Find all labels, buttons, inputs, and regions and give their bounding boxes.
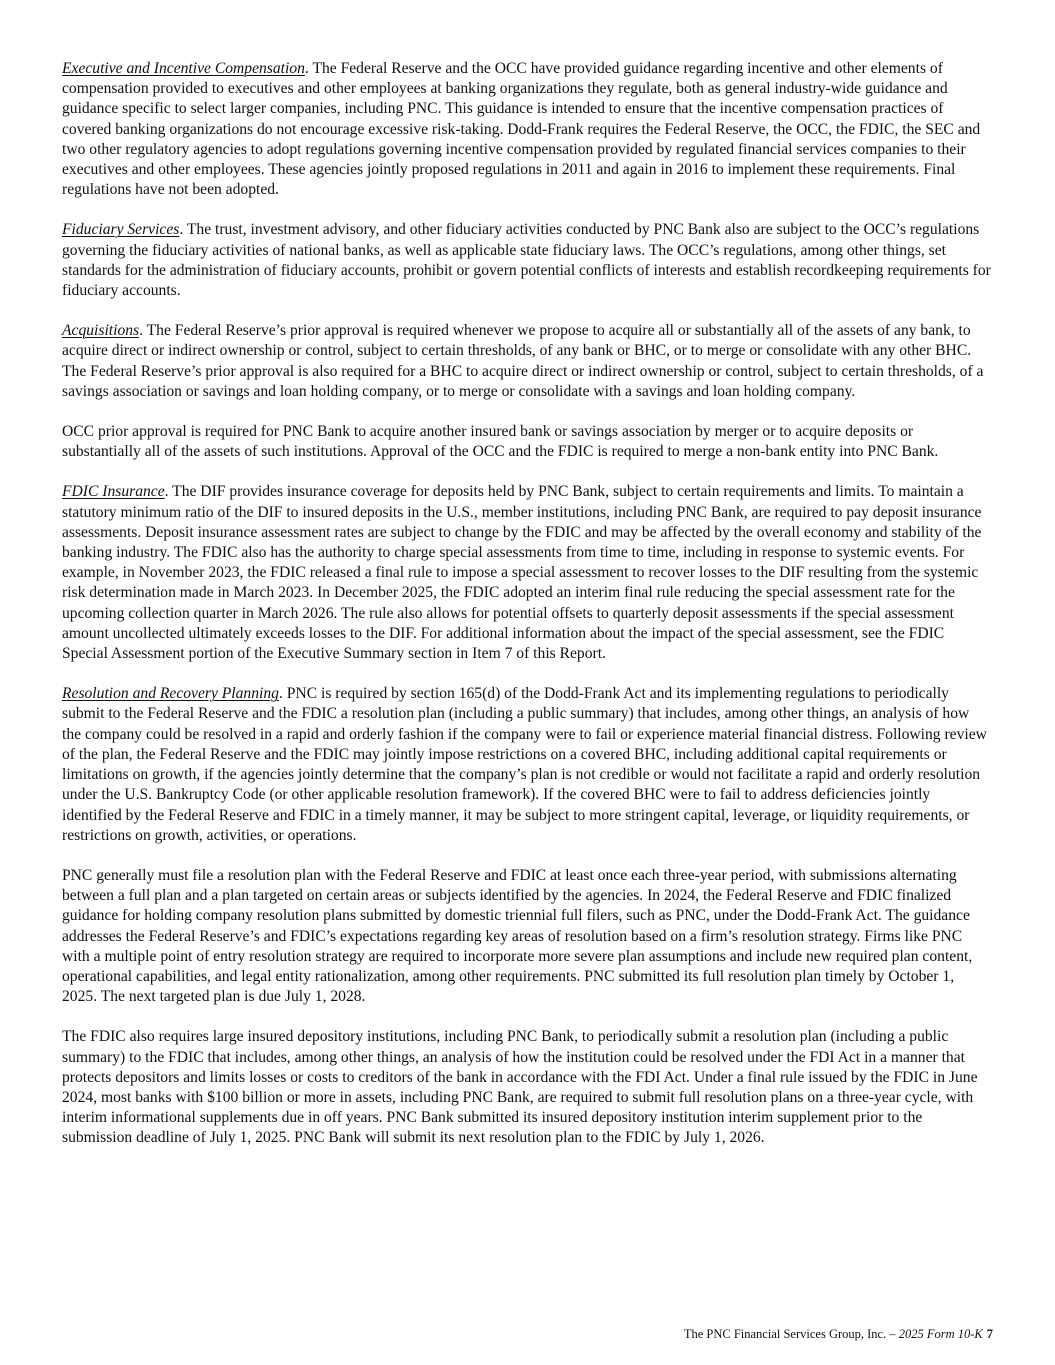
section-body: PNC is required by section 165(d) of the… bbox=[62, 685, 987, 843]
footer-form-name: 2025 Form 10-K bbox=[899, 1327, 983, 1341]
section-resolution-recovery-planning: Resolution and Recovery Planning. PNC is… bbox=[62, 684, 992, 846]
paragraph-occ-prior-approval: OCC prior approval is required for PNC B… bbox=[62, 422, 992, 462]
section-body: The trust, investment advisory, and othe… bbox=[62, 221, 991, 299]
paragraph-fdic-idi-resolution-plan: The FDIC also requires large insured dep… bbox=[62, 1027, 992, 1148]
section-fiduciary-services: Fiduciary Services. The trust, investmen… bbox=[62, 220, 992, 301]
section-body: The Federal Reserve’s prior approval is … bbox=[62, 322, 983, 400]
footer-company: The PNC Financial Services Group, Inc. – bbox=[684, 1327, 899, 1341]
section-executive-incentive-compensation: Executive and Incentive Compensation. Th… bbox=[62, 59, 992, 200]
section-heading: Acquisitions bbox=[62, 322, 139, 339]
section-fdic-insurance: FDIC Insurance. The DIF provides insuran… bbox=[62, 482, 992, 664]
section-body: The Federal Reserve and the OCC have pro… bbox=[62, 60, 980, 198]
section-acquisitions: Acquisitions. The Federal Reserve’s prio… bbox=[62, 321, 992, 402]
document-page: Executive and Incentive Compensation. Th… bbox=[62, 59, 992, 1169]
paragraph-resolution-plan-filing: PNC generally must file a resolution pla… bbox=[62, 866, 992, 1007]
paragraph-body: OCC prior approval is required for PNC B… bbox=[62, 423, 938, 460]
section-heading: FDIC Insurance bbox=[62, 483, 165, 500]
paragraph-body: The FDIC also requires large insured dep… bbox=[62, 1028, 978, 1146]
page-footer: The PNC Financial Services Group, Inc. –… bbox=[684, 1326, 993, 1342]
paragraph-body: PNC generally must file a resolution pla… bbox=[62, 867, 972, 1005]
section-body: The DIF provides insurance coverage for … bbox=[62, 483, 981, 662]
section-heading: Executive and Incentive Compensation bbox=[62, 60, 305, 77]
page-number: 7 bbox=[987, 1327, 993, 1341]
section-heading: Fiduciary Services bbox=[62, 221, 179, 238]
section-heading: Resolution and Recovery Planning bbox=[62, 685, 279, 702]
